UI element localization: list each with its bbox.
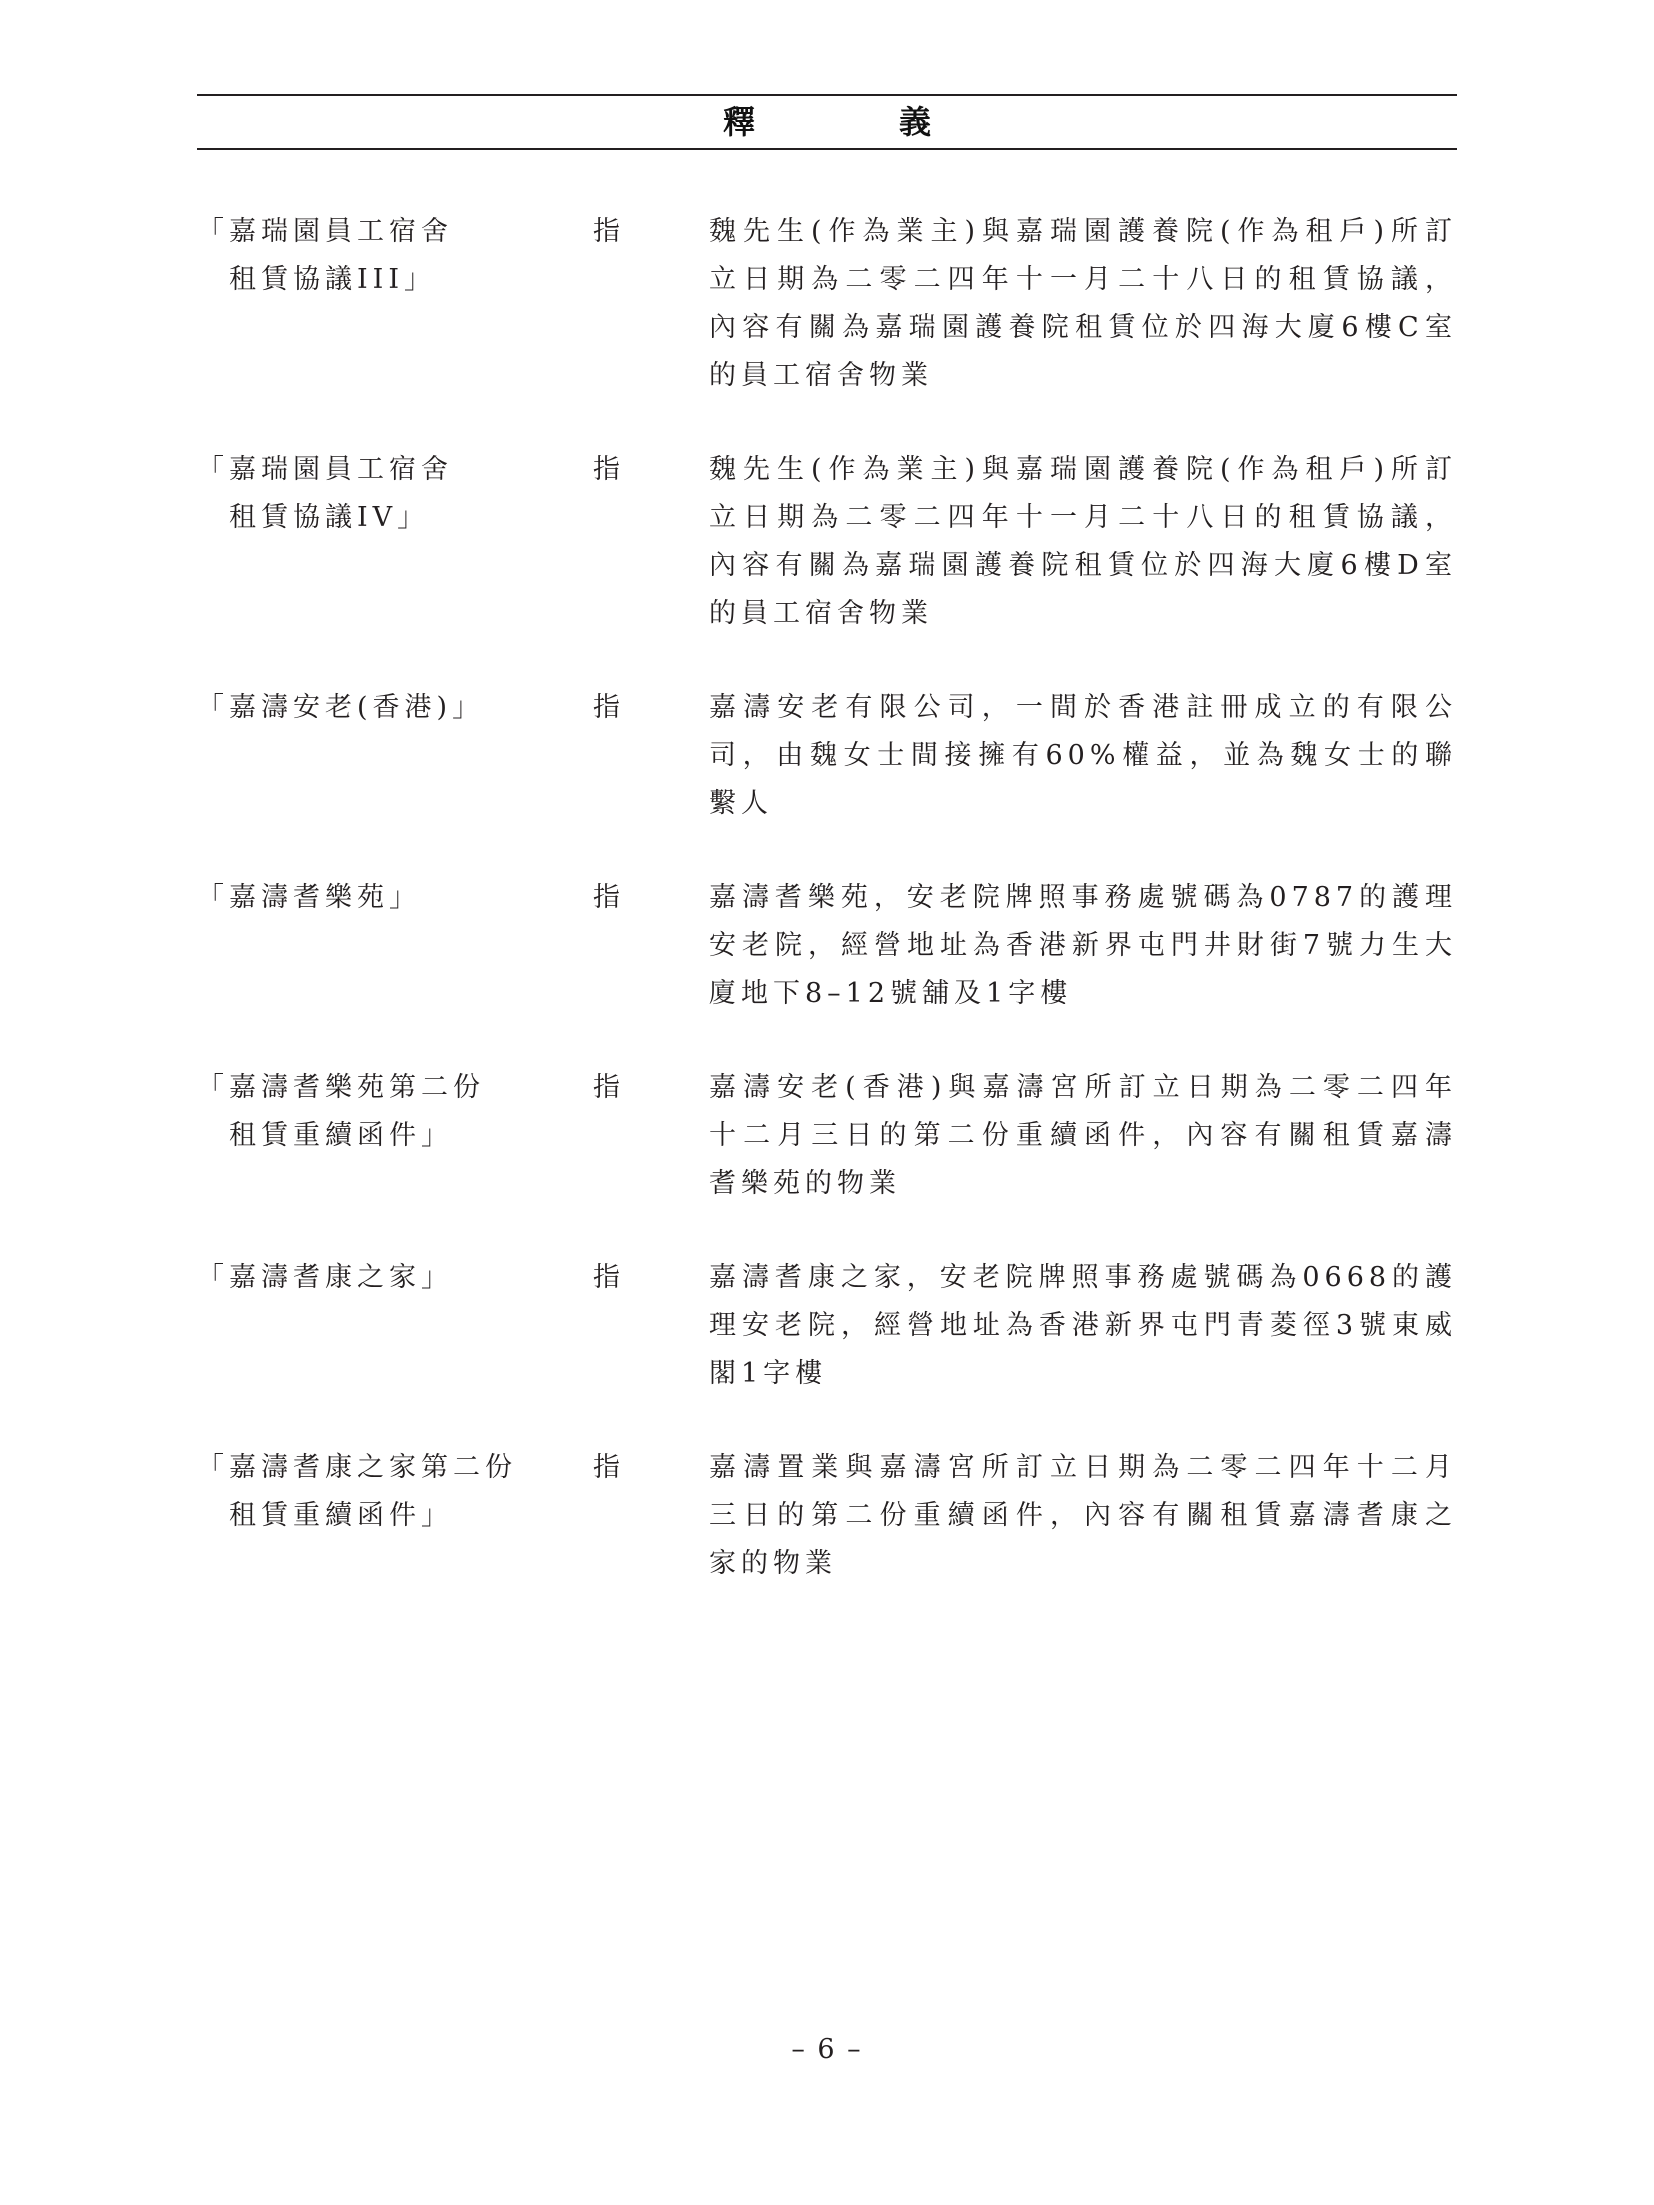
definition-line: 嘉濤耆康之家，安老院牌照事務處號碼為0668的護 (709, 1254, 1457, 1302)
means-label: 指 (593, 874, 709, 1018)
term-line: 「嘉瑞園員工宿舍 (197, 446, 593, 494)
definition-line: 魏先生(作為業主)與嘉瑞園護養院(作為租戶)所訂 (709, 208, 1457, 256)
definition-line: 立日期為二零二四年十一月二十八日的租賃協議， (709, 256, 1457, 304)
definition-entry: 「嘉濤耆康之家第二份 租賃重續函件」 指 嘉濤置業與嘉濤宮所訂立日期為二零二四年… (197, 1444, 1457, 1588)
defined-term: 「嘉濤耆樂苑第二份 租賃重續函件」 (197, 1064, 593, 1208)
definitions-list: 「嘉瑞園員工宿舍 租賃協議III」 指 魏先生(作為業主)與嘉瑞園護養院(作為租… (197, 208, 1457, 1634)
means-label: 指 (593, 446, 709, 638)
definition-entry: 「嘉濤耆康之家」 指 嘉濤耆康之家，安老院牌照事務處號碼為0668的護 理安老院… (197, 1254, 1457, 1398)
definition-text: 嘉濤耆康之家，安老院牌照事務處號碼為0668的護 理安老院，經營地址為香港新界屯… (709, 1254, 1457, 1398)
definition-line: 嘉濤置業與嘉濤宮所訂立日期為二零二四年十二月 (709, 1444, 1457, 1492)
definition-text: 魏先生(作為業主)與嘉瑞園護養院(作為租戶)所訂 立日期為二零二四年十一月二十八… (709, 446, 1457, 638)
definition-entry: 「嘉濤耆樂苑」 指 嘉濤耆樂苑，安老院牌照事務處號碼為0787的護理 安老院，經… (197, 874, 1457, 1018)
means-label: 指 (593, 208, 709, 400)
definition-line: 廈地下8–12號舖及1字樓 (709, 970, 1457, 1018)
defined-term: 「嘉瑞園員工宿舍 租賃協議III」 (197, 208, 593, 400)
definition-text: 嘉濤安老(香港)與嘉濤宮所訂立日期為二零二四年 十二月三日的第二份重續函件，內容… (709, 1064, 1457, 1208)
definition-line: 耆樂苑的物業 (709, 1160, 1457, 1208)
defined-term: 「嘉濤耆康之家」 (197, 1254, 593, 1398)
definition-text: 嘉濤耆樂苑，安老院牌照事務處號碼為0787的護理 安老院，經營地址為香港新界屯門… (709, 874, 1457, 1018)
defined-term: 「嘉瑞園員工宿舍 租賃協議IV」 (197, 446, 593, 638)
definition-entry: 「嘉濤安老(香港)」 指 嘉濤安老有限公司，一間於香港註冊成立的有限公 司，由魏… (197, 684, 1457, 828)
defined-term: 「嘉濤耆康之家第二份 租賃重續函件」 (197, 1444, 593, 1588)
means-label: 指 (593, 684, 709, 828)
section-title: 釋 義 (197, 104, 1457, 140)
term-line: 租賃重續函件」 (197, 1112, 593, 1160)
definition-line: 理安老院，經營地址為香港新界屯門青菱徑3號東威 (709, 1302, 1457, 1350)
definition-entry: 「嘉濤耆樂苑第二份 租賃重續函件」 指 嘉濤安老(香港)與嘉濤宮所訂立日期為二零… (197, 1064, 1457, 1208)
definition-line: 司，由魏女士間接擁有60%權益，並為魏女士的聯 (709, 732, 1457, 780)
term-line: 「嘉濤耆康之家第二份 (197, 1444, 593, 1492)
definition-line: 內容有關為嘉瑞園護養院租賃位於四海大廈6樓C室 (709, 304, 1457, 352)
term-line: 「嘉濤耆康之家」 (197, 1254, 593, 1302)
definition-line: 的員工宿舍物業 (709, 352, 1457, 400)
term-line: 租賃協議IV」 (197, 494, 593, 542)
term-line: 租賃重續函件」 (197, 1492, 593, 1540)
term-line: 租賃協議III」 (197, 256, 593, 304)
means-label: 指 (593, 1444, 709, 1588)
page-number: – 6 – (0, 2032, 1654, 2068)
definition-line: 魏先生(作為業主)與嘉瑞園護養院(作為租戶)所訂 (709, 446, 1457, 494)
defined-term: 「嘉濤耆樂苑」 (197, 874, 593, 1018)
term-line: 「嘉濤安老(香港)」 (197, 684, 593, 732)
term-line: 「嘉瑞園員工宿舍 (197, 208, 593, 256)
definition-line: 家的物業 (709, 1540, 1457, 1588)
definition-line: 安老院，經營地址為香港新界屯門井財街7號力生大 (709, 922, 1457, 970)
definition-line: 的員工宿舍物業 (709, 590, 1457, 638)
definition-line: 嘉濤安老有限公司，一間於香港註冊成立的有限公 (709, 684, 1457, 732)
definition-line: 繫人 (709, 780, 1457, 828)
section-header: 釋 義 (197, 94, 1457, 150)
definition-text: 嘉濤置業與嘉濤宮所訂立日期為二零二四年十二月 三日的第二份重續函件，內容有關租賃… (709, 1444, 1457, 1588)
means-label: 指 (593, 1254, 709, 1398)
definition-line: 閣1字樓 (709, 1350, 1457, 1398)
definition-text: 嘉濤安老有限公司，一間於香港註冊成立的有限公 司，由魏女士間接擁有60%權益，並… (709, 684, 1457, 828)
definition-line: 嘉濤耆樂苑，安老院牌照事務處號碼為0787的護理 (709, 874, 1457, 922)
definition-line: 十二月三日的第二份重續函件，內容有關租賃嘉濤 (709, 1112, 1457, 1160)
definition-text: 魏先生(作為業主)與嘉瑞園護養院(作為租戶)所訂 立日期為二零二四年十一月二十八… (709, 208, 1457, 400)
definition-entry: 「嘉瑞園員工宿舍 租賃協議III」 指 魏先生(作為業主)與嘉瑞園護養院(作為租… (197, 208, 1457, 400)
term-line: 「嘉濤耆樂苑第二份 (197, 1064, 593, 1112)
definition-entry: 「嘉瑞園員工宿舍 租賃協議IV」 指 魏先生(作為業主)與嘉瑞園護養院(作為租戶… (197, 446, 1457, 638)
definition-line: 三日的第二份重續函件，內容有關租賃嘉濤耆康之 (709, 1492, 1457, 1540)
means-label: 指 (593, 1064, 709, 1208)
term-line: 「嘉濤耆樂苑」 (197, 874, 593, 922)
definition-line: 立日期為二零二四年十一月二十八日的租賃協議， (709, 494, 1457, 542)
definition-line: 嘉濤安老(香港)與嘉濤宮所訂立日期為二零二四年 (709, 1064, 1457, 1112)
definition-line: 內容有關為嘉瑞園護養院租賃位於四海大廈6樓D室 (709, 542, 1457, 590)
defined-term: 「嘉濤安老(香港)」 (197, 684, 593, 828)
